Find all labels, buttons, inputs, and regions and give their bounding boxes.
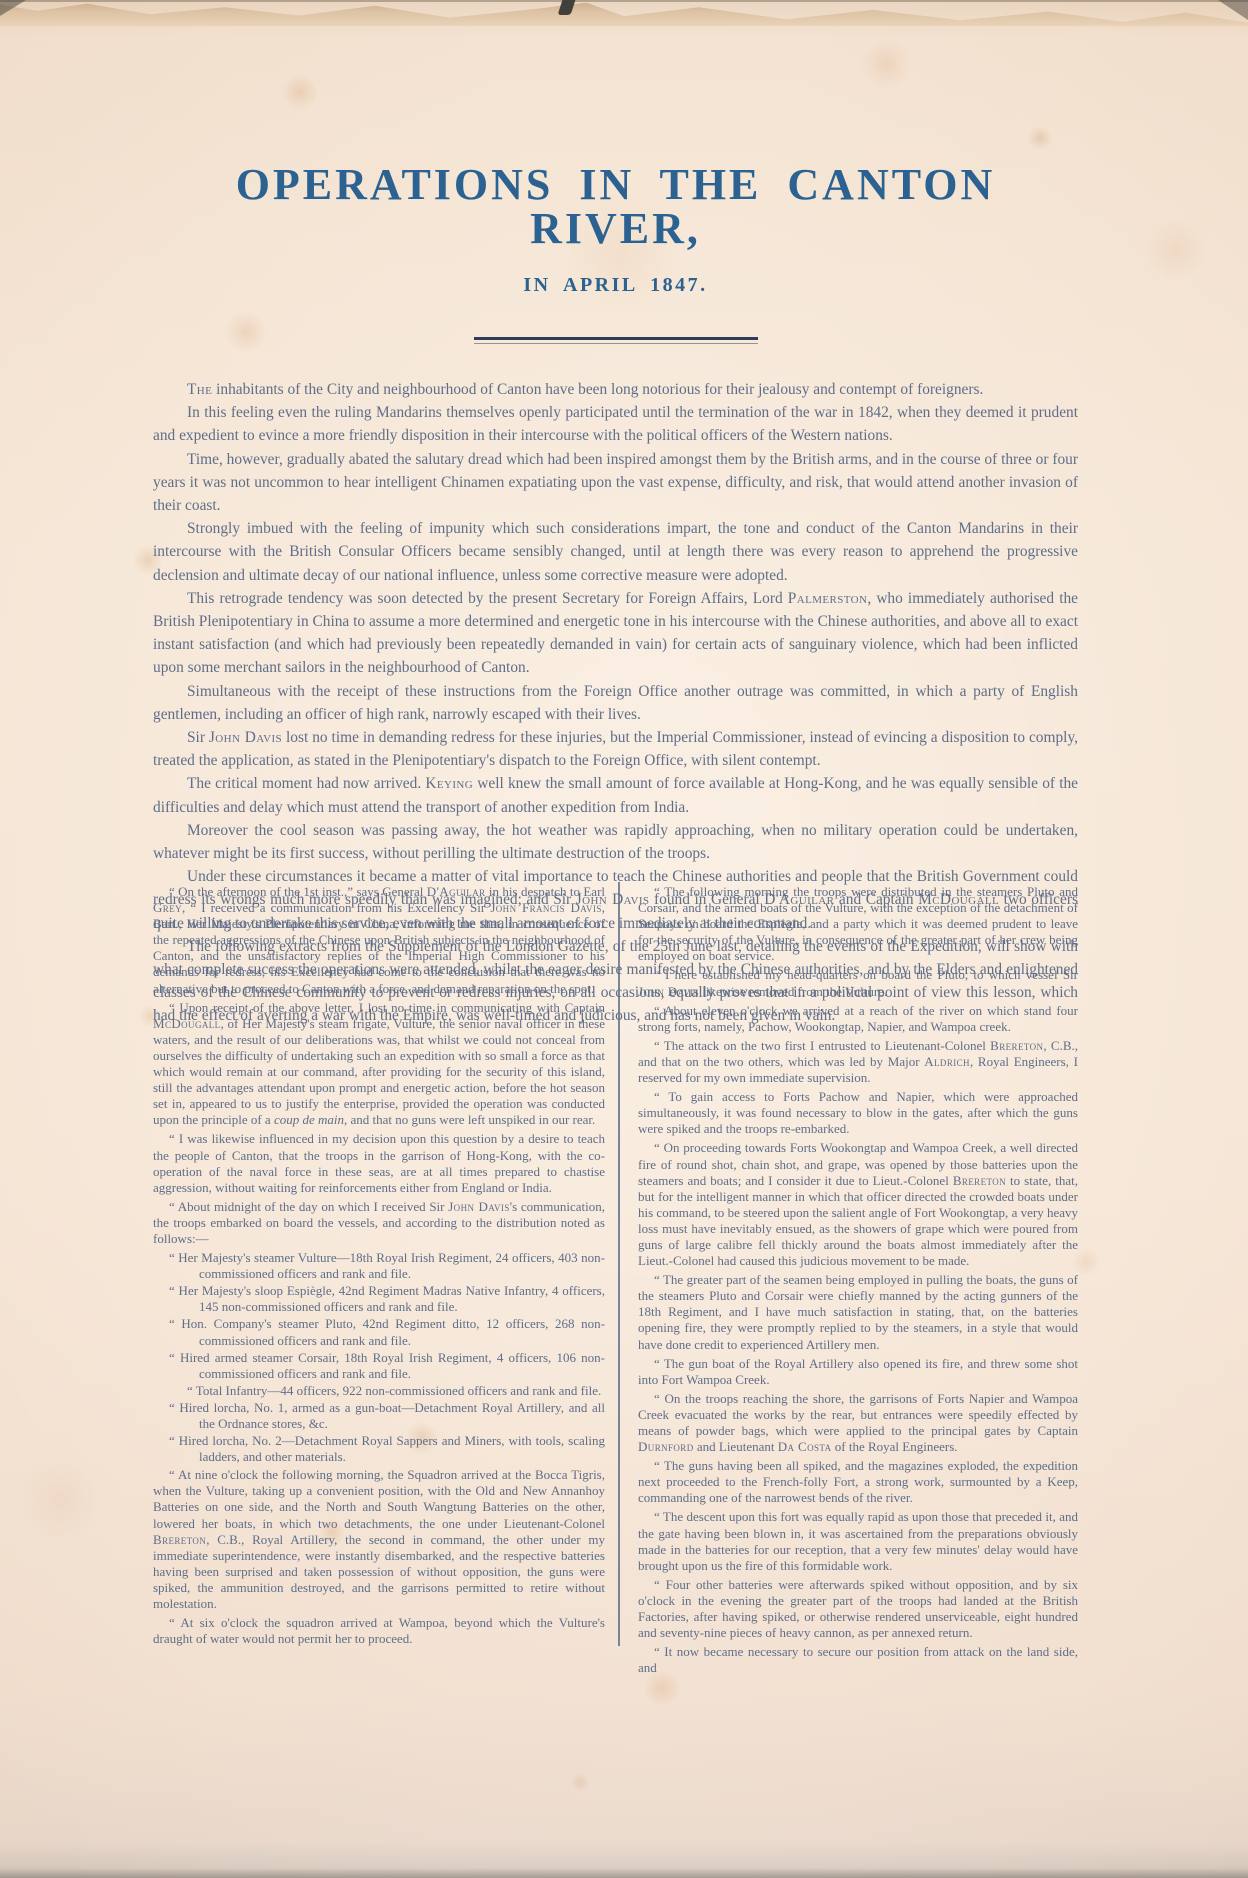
despatch-paragraph: “ The greater part of the seamen being e… [638,1272,1078,1352]
intro-paragraph: Strongly imbued with the feeling of impu… [153,517,1078,587]
despatch-paragraph: “ To gain access to Forts Pachow and Nap… [638,1089,1078,1137]
despatch-paragraph: “ On the afternoon of the 1st inst.,” sa… [153,884,605,997]
manifest-entry: “ Her Majesty's steamer Vulture—18th Roy… [153,1250,605,1282]
manifest-entry: “ Hired lorcha, No. 2—Detachment Royal S… [153,1433,605,1465]
intro-paragraph: In this feeling even the ruling Mandarin… [153,401,1078,447]
paper-corner-top-left [0,0,26,16]
manifest-entry: “ Hon. Company's steamer Pluto, 42nd Reg… [153,1316,605,1348]
despatch-paragraph: “ The descent upon this fort was equally… [638,1509,1078,1573]
manifest-entry: “ Hired lorcha, No. 1, armed as a gun-bo… [153,1400,605,1432]
despatch-paragraph: “ About eleven o'clock we arrived at a r… [638,1003,1078,1035]
title-divider-rule [474,337,758,344]
intro-paragraph: Moreover the cool season was passing awa… [153,819,1078,865]
despatch-paragraph: “ On proceeding towards Forts Wookongtap… [638,1140,1078,1269]
left-column-despatch: “ On the afternoon of the 1st inst.,” sa… [153,884,605,1247]
despatch-paragraph: “ The gun boat of the Royal Artillery al… [638,1356,1078,1388]
despatch-paragraph: “ Four other batteries were afterwards s… [638,1577,1078,1641]
despatch-paragraph: “ About midnight of the day on which I r… [153,1199,605,1247]
despatch-paragraph: “ It now became necessary to secure our … [638,1644,1078,1676]
manifest-entry: “ Total Infantry—44 officers, 922 non-co… [153,1383,605,1399]
column-divider-rule [618,882,620,1646]
manifest-entry: “ Her Majesty's sloop Espiègle, 42nd Reg… [153,1283,605,1315]
document-page: OPERATIONS IN THE CANTON RIVER, IN APRIL… [0,0,1248,1878]
document-title: OPERATIONS IN THE CANTON RIVER, [153,163,1078,251]
document-subtitle: IN APRIL 1847. [153,275,1078,295]
intro-paragraph: The inhabitants of the City and neighbou… [153,378,1078,401]
despatch-paragraph: “ I here established my head-quarters on… [638,967,1078,999]
intro-paragraph: Simultaneous with the receipt of these i… [153,680,1078,726]
despatch-paragraph: “ On the troops reaching the shore, the … [638,1391,1078,1455]
left-column: “ On the afternoon of the 1st inst.,” sa… [153,884,605,1650]
despatch-paragraph: “ The guns having been all spiked, and t… [638,1458,1078,1506]
despatch-paragraph: “ The attack on the two first I entruste… [638,1038,1078,1086]
despatch-paragraph: “ At six o'clock the squadron arrived at… [153,1615,605,1647]
right-column: “ The following morning the troops were … [638,884,1078,1679]
paper-corner-top-right [1218,0,1248,20]
troop-manifest-list: “ Her Majesty's steamer Vulture—18th Roy… [153,1250,605,1465]
despatch-paragraph: “ I was likewise influenced in my decisi… [153,1131,605,1195]
despatch-paragraph: “ At nine o'clock the following morning,… [153,1467,605,1612]
manifest-entry: “ Hired armed steamer Corsair, 18th Roya… [153,1350,605,1382]
intro-paragraph: The critical moment had now arrived. Key… [153,772,1078,818]
intro-paragraph: This retrograde tendency was soon detect… [153,587,1078,680]
intro-paragraph: Time, however, gradually abated the salu… [153,448,1078,518]
despatch-paragraph: “ Upon receipt of the above letter, I lo… [153,1000,605,1129]
left-column-continuation: “ At nine o'clock the following morning,… [153,1467,605,1647]
despatch-paragraph: “ The following morning the troops were … [638,884,1078,964]
intro-paragraph: Sir John Davis lost no time in demanding… [153,726,1078,772]
